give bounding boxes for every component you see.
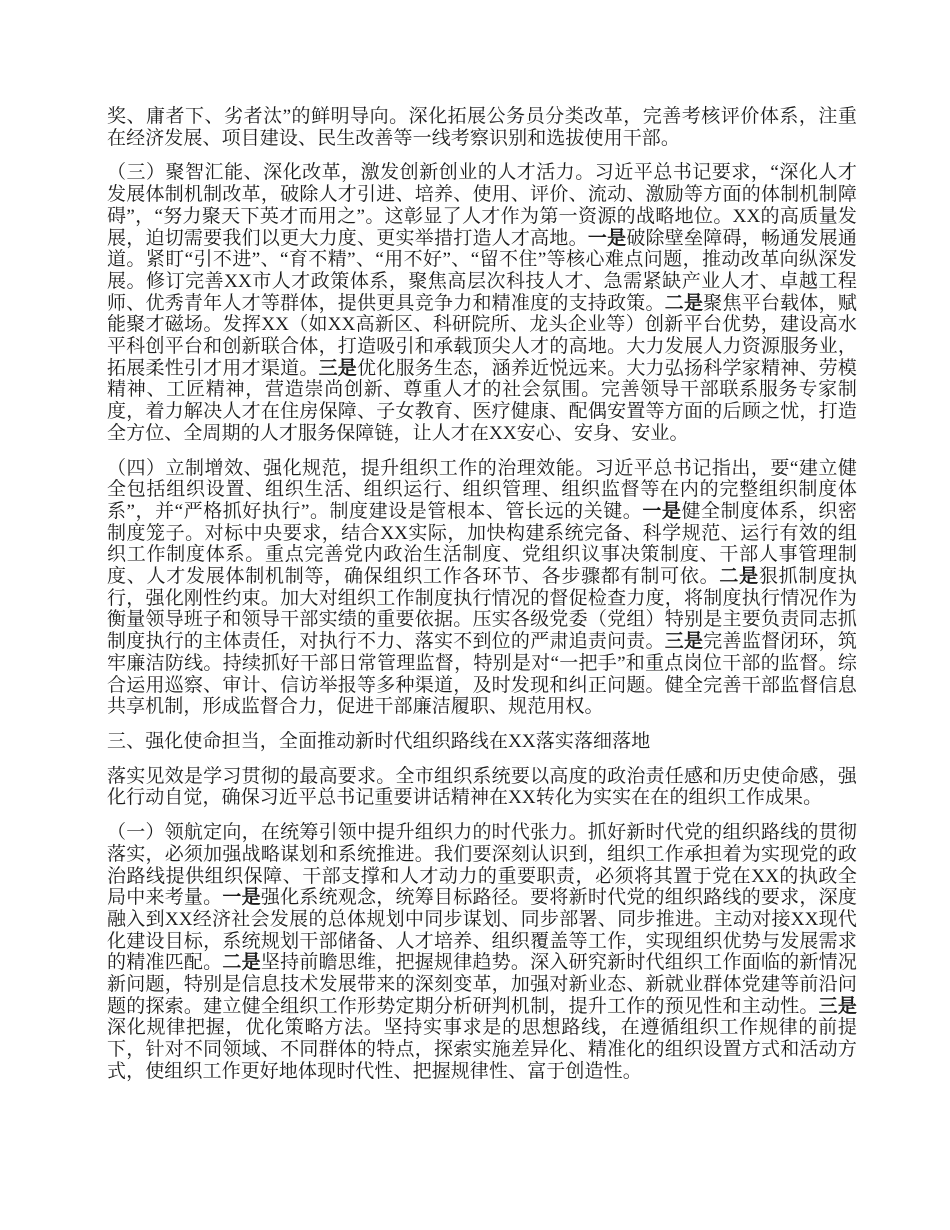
continuation-paragraph: 奖、庸者下、劣者汰”的鲜明导向。深化拓展公务员分类改革，完善考核评价体系，注重在…	[107, 106, 857, 149]
document-body: 奖、庸者下、劣者汰”的鲜明导向。深化拓展公务员分类改革，完善考核评价体系，注重在…	[107, 106, 857, 1096]
bold-run: 三是	[665, 631, 703, 652]
bold-run: 一是	[642, 501, 681, 522]
bold-run: 三是	[819, 996, 857, 1017]
bold-run: 一是	[588, 228, 626, 249]
text-run: 三、强化使命担当，全面推动新时代组织路线在XX落实落细落地	[107, 731, 650, 752]
bold-run: 二是	[719, 566, 759, 587]
section-2-point-3-paragraph: （三）聚智汇能、深化改革，激发创新创业的人才活力。习近平总书记要求，“深化人才发…	[107, 162, 857, 444]
bold-run: 三是	[319, 358, 357, 379]
section-2-point-4-paragraph: （四）立制增效、强化规范，提升组织工作的治理效能。习近平总书记指出，要“建立健全…	[107, 458, 857, 718]
text-run: 奖、庸者下、劣者汰”的鲜明导向。深化拓展公务员分类改革，完善考核评价体系，注重在…	[107, 106, 857, 149]
section-3-point-1-paragraph: （一）领航定向，在统筹引领中提升组织力的时代张力。抓好新时代党的组织路线的贯彻落…	[107, 822, 857, 1082]
section-3-heading: 三、强化使命担当，全面推动新时代组织路线在XX落实落细落地	[107, 731, 857, 753]
bold-run: 二是	[665, 293, 703, 314]
section-3-intro-paragraph: 落实见效是学习贯彻的最高要求。全市组织系统要以高度的政治责任感和历史使命感，强化…	[107, 766, 857, 809]
text-run: 深化规律把握，优化策略方法。坚持实事求是的思想路线，在遵循组织工作规律的前提下，…	[107, 1017, 857, 1081]
bold-run: 二是	[222, 952, 260, 973]
document-page: 奖、庸者下、劣者汰”的鲜明导向。深化拓展公务员分类改革，完善考核评价体系，注重在…	[0, 0, 950, 1230]
text-run: 落实见效是学习贯彻的最高要求。全市组织系统要以高度的政治责任感和历史使命感，强化…	[107, 766, 857, 809]
bold-run: 一是	[222, 887, 260, 908]
